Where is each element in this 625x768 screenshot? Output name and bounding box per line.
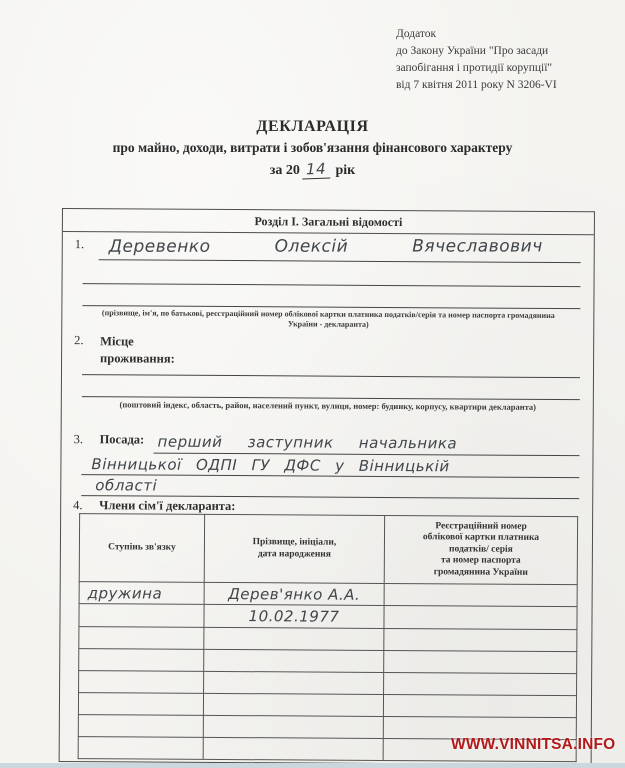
column-header-relation: Ступінь зв'язку [79, 514, 204, 583]
item-2-number: 2. [74, 333, 83, 348]
declarant-name-handwriting: Деревенко Олексій Вячеславович [109, 236, 543, 256]
scanned-declaration-page: Додаток до Закону України "Про засади за… [0, 0, 625, 768]
table-row: 10.02.1977 [79, 604, 577, 629]
cell-name [203, 693, 383, 716]
year-prefix: за 20 [270, 163, 300, 178]
declarant-surname: Деревенко [109, 237, 211, 257]
column-header-name: Прізвище, ініціали, дата народження [204, 514, 384, 583]
year-line: за 2014 рік [0, 160, 625, 179]
item-3-label: Посада: [100, 432, 145, 447]
table-row: дружина Дерев'янко А.А. [79, 582, 577, 607]
cell-tax-id [384, 628, 577, 651]
cell-relation [78, 714, 203, 737]
cell-relation [79, 626, 204, 649]
cell-relation [79, 670, 204, 693]
table-row [79, 648, 577, 673]
cell-name: 10.02.1977 [204, 605, 384, 628]
cell-name [204, 649, 384, 672]
section-1-box: Розділ I. Загальні відомості 1. Деревенк… [59, 208, 595, 765]
cell-name [204, 671, 384, 694]
cell-tax-id [384, 672, 577, 695]
item-4-label: Члени сім'ї декларанта: [99, 498, 235, 514]
ruled-line [82, 374, 580, 378]
position-handwriting-line-2: Вінницької ОДПІ ГУ ДФС у Вінницькій [91, 455, 581, 476]
item-1-note: (прізвище, ім'я, по батькові, реєстрацій… [92, 308, 564, 331]
cell-tax-id [383, 694, 576, 717]
item-2-note: (поштовий індекс, область, район, населе… [92, 399, 564, 412]
document-subtitle: про майно, доходи, витрати і зобов'язанн… [0, 140, 625, 156]
annex-reference: Додаток до Закону України "Про засади за… [396, 26, 614, 94]
scanner-edge [0, 763, 625, 768]
cell-tax-id [384, 606, 577, 629]
ruled-line [83, 283, 581, 287]
table-row [79, 670, 577, 695]
cell-relation [78, 736, 203, 759]
cell-name [204, 627, 384, 650]
cell-relation [78, 692, 203, 715]
site-watermark: WWW.VINNITSA.INFO [451, 736, 615, 754]
cell-name [203, 737, 383, 760]
annex-line: Додаток [396, 26, 614, 43]
item-4-number: 4. [73, 498, 82, 513]
cell-relation: дружина [79, 582, 204, 605]
cell-tax-id [384, 584, 577, 607]
annex-line: від 7 квітня 2011 року N 3206-VI [396, 77, 614, 94]
ruled-line [99, 259, 581, 263]
cell-relation [79, 648, 204, 671]
declarant-firstname: Олексій [275, 237, 349, 257]
table-row [79, 626, 577, 651]
cell-tax-id [384, 650, 577, 673]
cell-name: Дерев'янко А.А. [204, 583, 384, 606]
item-1-number: 1. [75, 237, 84, 252]
cell-relation [79, 604, 204, 627]
handwritten-year: 14 [302, 160, 331, 180]
cell-name [203, 715, 383, 738]
position-handwriting-line-3: області [95, 476, 157, 494]
item-3-number: 3. [74, 432, 83, 447]
title-block: ДЕКЛАРАЦІЯ про майно, доходи, витрати і … [0, 118, 625, 179]
position-handwriting-line-1: перший заступник начальника [158, 433, 578, 454]
table-row [78, 692, 576, 717]
document-title: ДЕКЛАРАЦІЯ [0, 118, 625, 136]
section-title: Розділ I. Загальні відомості [63, 209, 594, 235]
declarant-patronymic: Вячеславович [412, 236, 543, 256]
annex-line: до Закону України "Про засади [396, 43, 614, 60]
annex-line: запобігання і протидії корупції" [396, 60, 614, 77]
column-header-tax-id: Реєстраційний номер облікової картки пла… [384, 515, 577, 585]
year-suffix: рік [335, 163, 355, 178]
table-header-row: Ступінь зв'язку Прізвище, ініціали, дата… [79, 514, 577, 585]
family-members-table: Ступінь зв'язку Прізвище, ініціали, дата… [78, 513, 578, 762]
item-2-label: Місце проживання: [100, 333, 192, 368]
